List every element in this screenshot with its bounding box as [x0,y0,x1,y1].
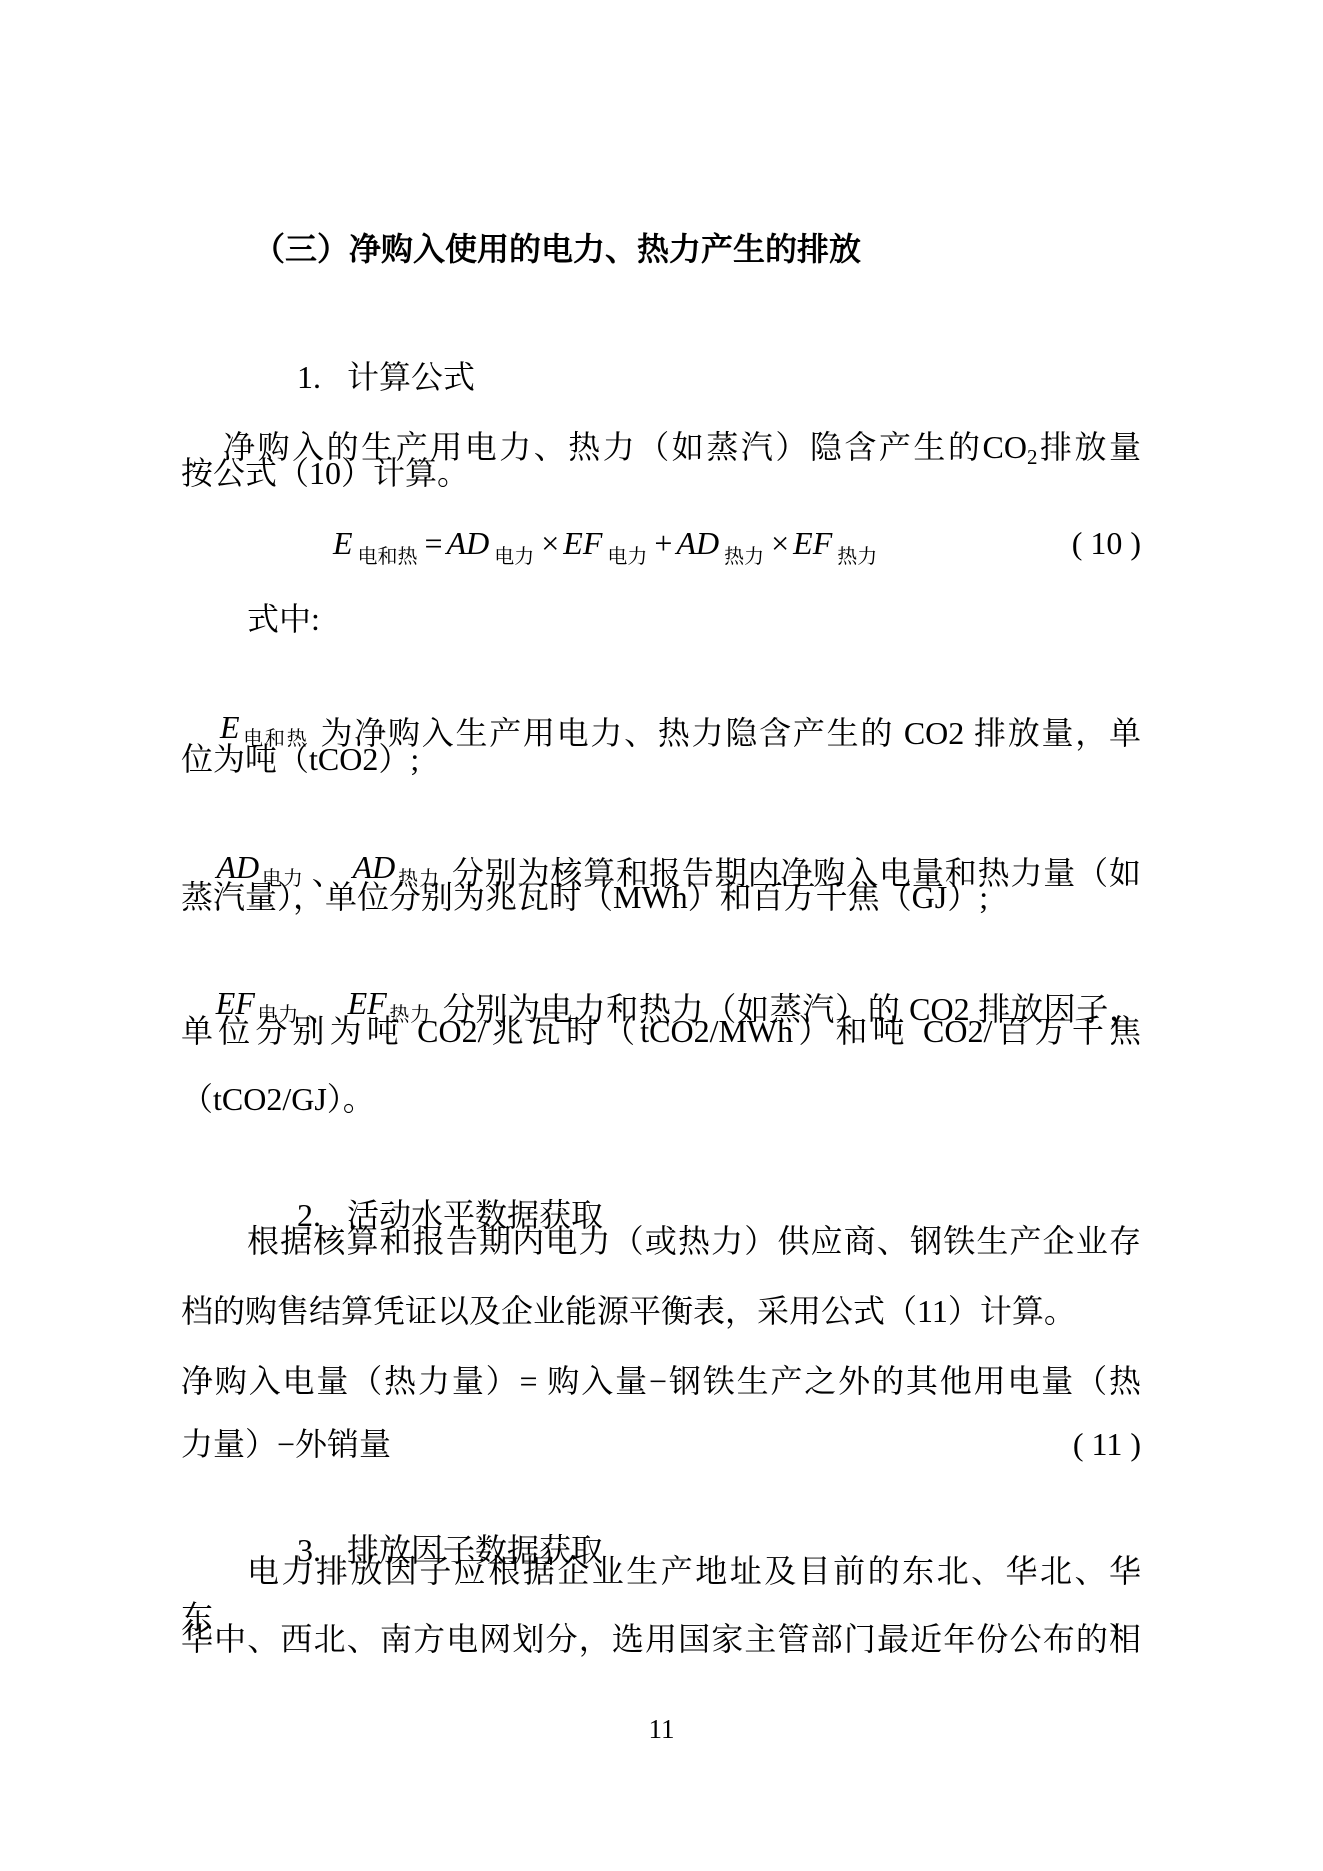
formula-11-tail: 力量）−外销量 [181,1421,391,1467]
where-label: 式中: [181,596,1207,642]
formula-11-line1: 净购入电量（热力量）= 购入量−钢铁生产之外的其他用电量（热 [181,1358,1141,1404]
factor-paragraph-line2: 华中、西北、南方电网划分，选用国家主管部门最近年份公布的相 [181,1616,1141,1662]
formula-10: E电和热=AD电力×EF电力+AD热力×EF热力 ( 10 ) [181,520,1141,580]
formula-sub-dianhere: 电和热 [358,546,418,568]
section-heading: （三）净购入使用的电力、热力产生的排放 [181,226,1213,272]
document-page: （三）净购入使用的电力、热力产生的排放 1.计算公式 净购入的生产用电力、热力（… [0,0,1323,1871]
formula-11-number: ( 11 ) [1073,1421,1141,1467]
activity-paragraph-line2: 档的购售结算凭证以及企业能源平衡表，采用公式（11）计算。 [181,1288,1141,1334]
formula-11-line2: 力量）−外销量 ( 11 ) [181,1421,1141,1467]
formula-sub-dianli: 电力 [494,546,534,568]
multiply-sign-2: × [771,525,789,561]
formula-10-number: ( 10 ) [1072,520,1141,566]
equals-sign: = [425,525,443,561]
definition-AD-line2: 蒸汽量），单位分别为兆瓦时（MWh）和百万千焦（GJ）; [181,874,1141,920]
plus-sign: + [654,525,672,561]
multiply-sign: × [541,525,559,561]
definition-EF-line3: （tCO2/GJ）。 [181,1076,1141,1122]
formula-var-EF2: EF [793,525,832,561]
intro-paragraph-line2: 按公式（10）计算。 [181,450,1141,496]
formula-sub-reli2: 热力 [837,546,877,568]
formula-var-AD2: AD [676,525,719,561]
formula-sub-reli: 热力 [724,546,764,568]
definition-EF-line2: 单位分别为吨 CO2/兆瓦时（tCO2/MWh）和吨 CO2/百万千焦 [181,1008,1141,1054]
formula-sub-dianli2: 电力 [607,546,647,568]
definition-E-line2: 位为吨（tCO2）; [181,736,1141,782]
activity-paragraph-line1: 根据核算和报告期内电力（或热力）供应商、钢铁生产企业存 [181,1218,1141,1264]
formula-var-E: E [333,525,353,561]
formula-10-expression: E电和热=AD电力×EF电力+AD热力×EF热力 [333,520,880,580]
formula-var-EF: EF [563,525,602,561]
page-number: 11 [0,1712,1323,1746]
formula-var-AD: AD [447,525,490,561]
